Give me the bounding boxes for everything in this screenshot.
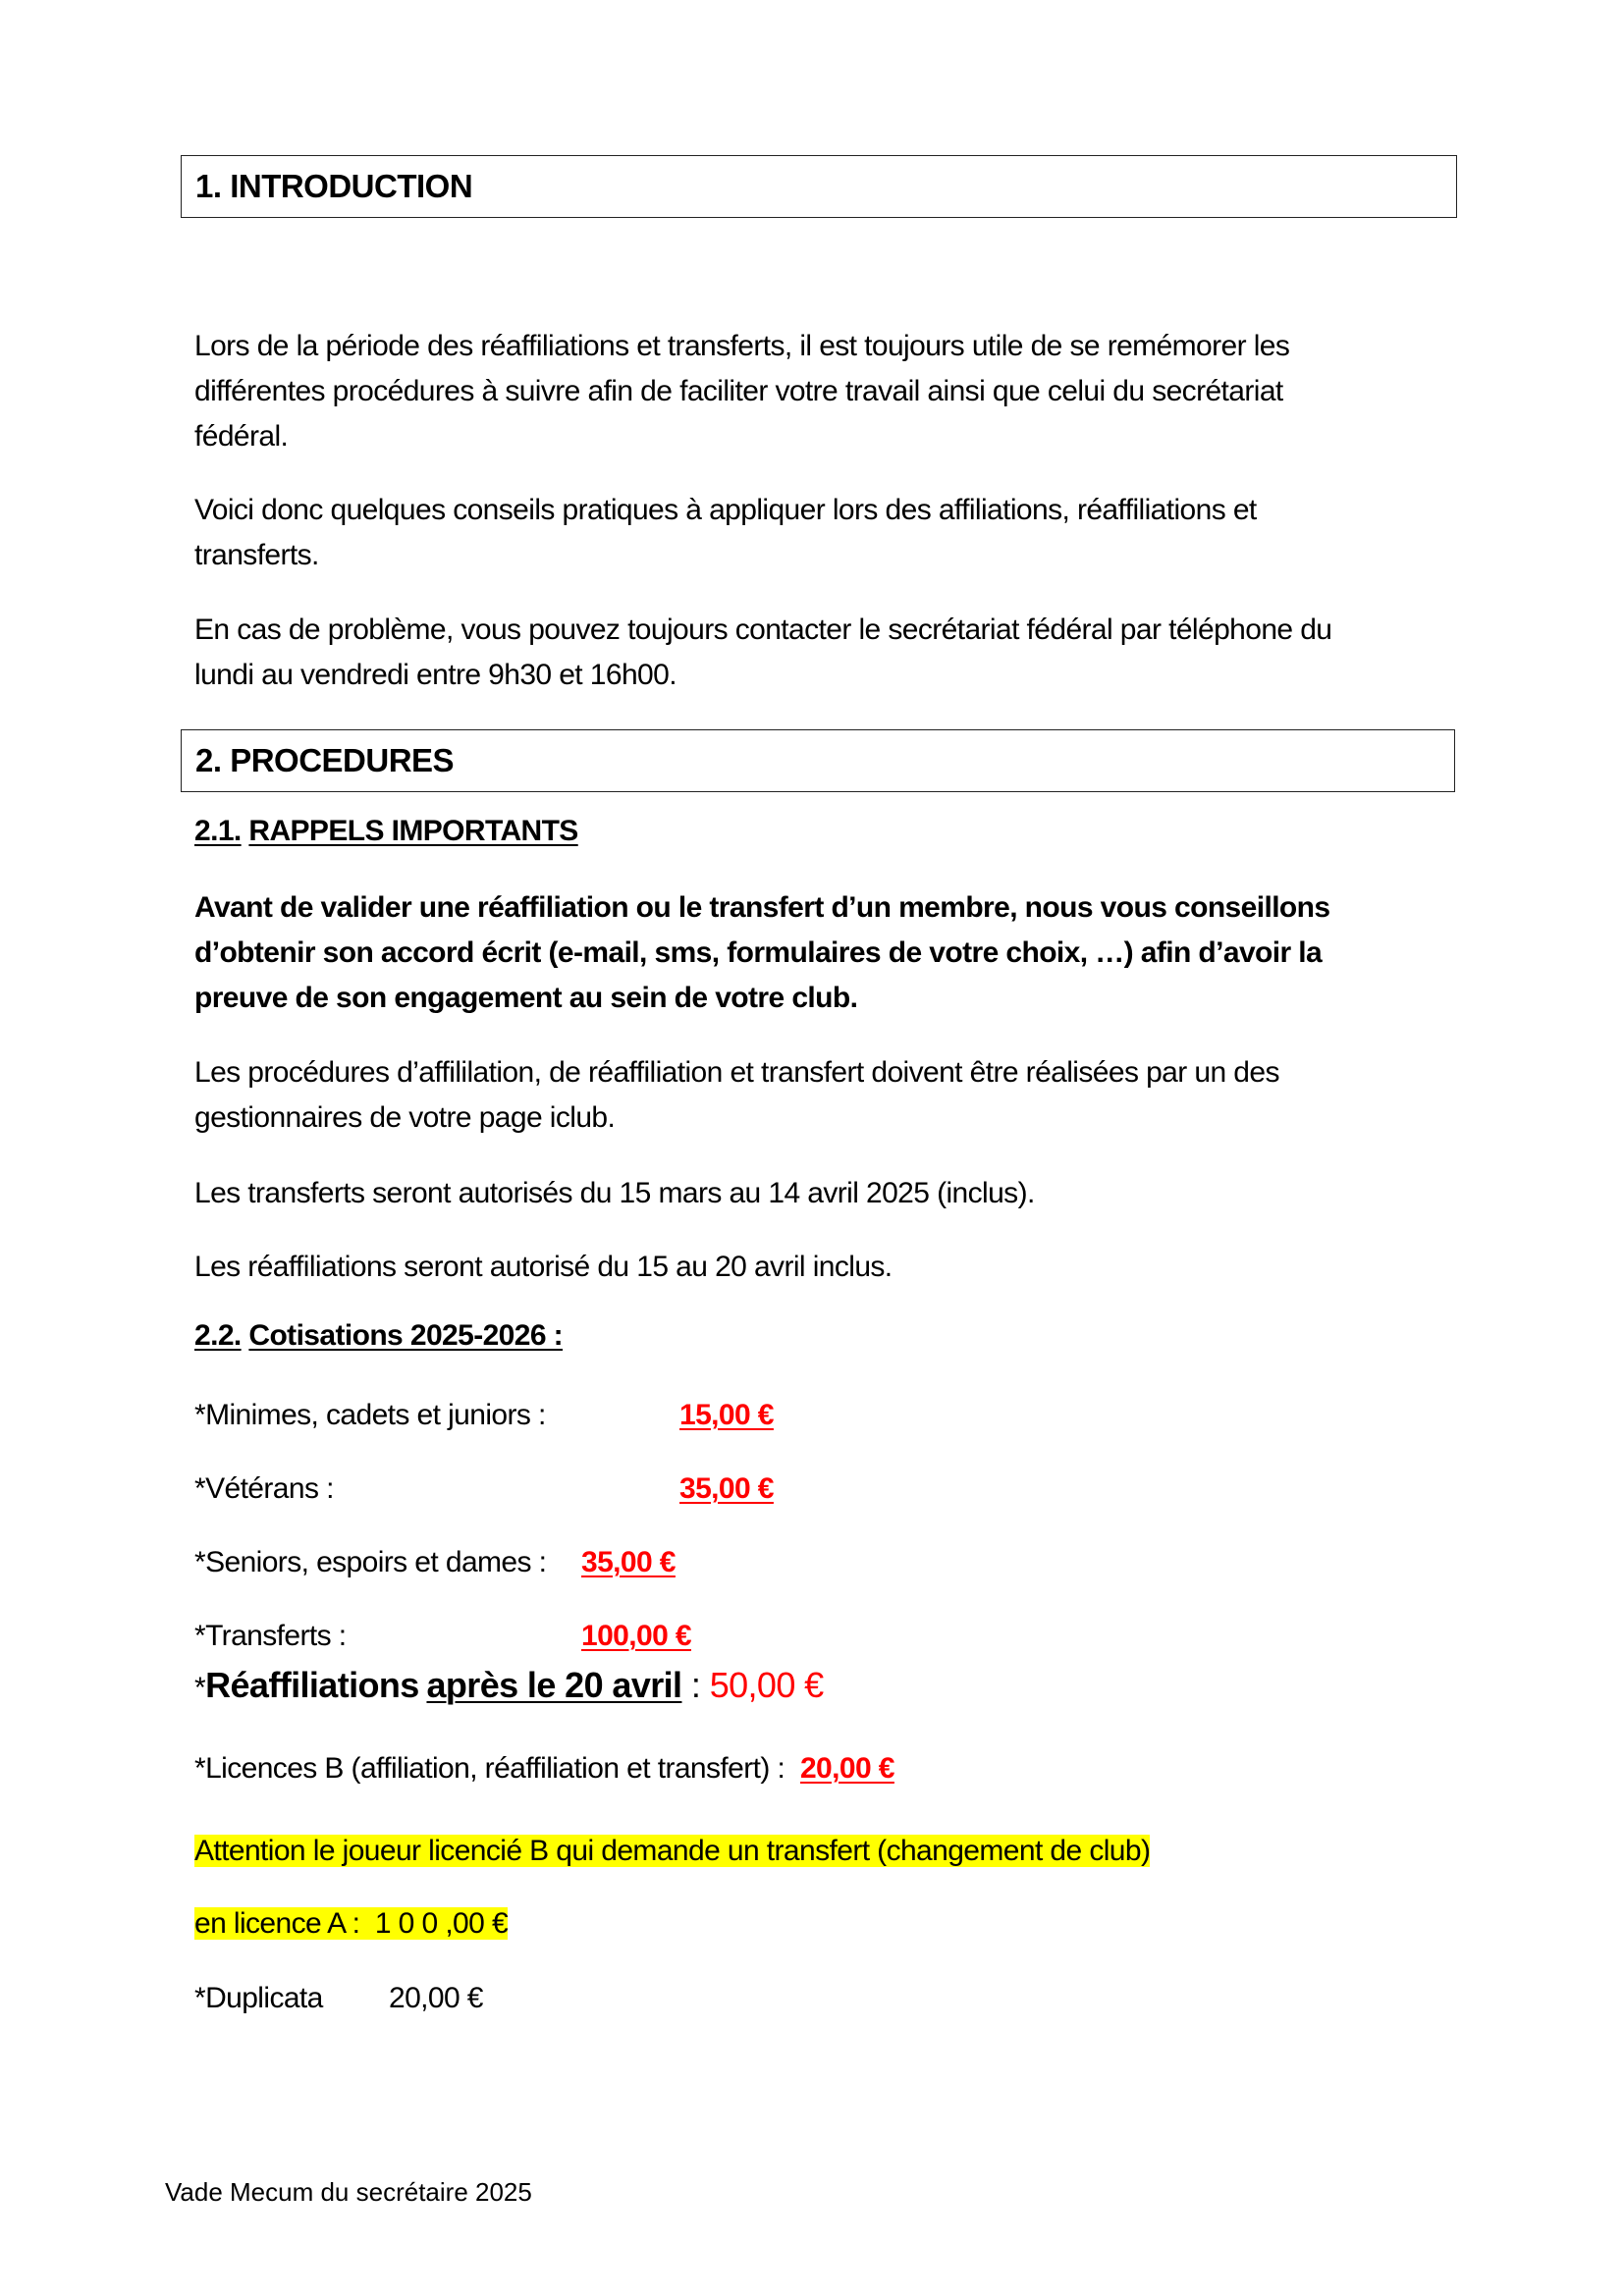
bold-advice-paragraph: Avant de valider une réaffiliation ou le… xyxy=(194,885,1329,1021)
late-reaffiliation-row: *Réaffiliations après le 20 avril : 50,0… xyxy=(194,1661,824,1713)
fee-price: 35,00 € xyxy=(679,1472,774,1505)
procedures-paragraph: Les procédures d’affililation, de réaffi… xyxy=(194,1050,1279,1141)
text-line: Avant de valider une réaffiliation ou le… xyxy=(194,885,1329,931)
text-line: Voici donc quelques conseils pratiques à… xyxy=(194,488,1257,533)
fee-row-transferts: *Transferts : xyxy=(194,1614,346,1659)
highlighted-warning: en licence A : 1 0 0 ,00 € xyxy=(194,1907,508,1940)
text-line: lundi au vendredi entre 9h30 et 16h00. xyxy=(194,653,1331,698)
fee-label: *Licences B (affiliation, réaffiliation … xyxy=(194,1752,785,1785)
late-reaffiliation-label: Réaffiliations xyxy=(205,1665,419,1705)
text-line: Les procédures d’affililation, de réaffi… xyxy=(194,1050,1279,1095)
intro-paragraph-1: Lors de la période des réaffiliations et… xyxy=(194,324,1289,459)
footer-text: Vade Mecum du secrétaire 2025 xyxy=(165,2177,532,2207)
transfer-dates-paragraph: Les transferts seront autorisés du 15 ma… xyxy=(194,1171,1035,1216)
fee-price-veterans: 35,00 € xyxy=(679,1467,774,1512)
section-heading-procedures: 2. PROCEDURES xyxy=(181,729,1455,792)
fee-label: *Duplicata xyxy=(194,1982,323,2014)
subheading-title: Cotisations 2025-2026 : xyxy=(248,1319,563,1352)
fee-row-licence-b: *Licences B (affiliation, réaffiliation … xyxy=(194,1746,894,1791)
fee-row-veterans: *Vétérans : xyxy=(194,1467,334,1512)
fee-row-seniors: *Seniors, espoirs et dames : xyxy=(194,1540,546,1585)
late-reaffiliation-price: 50,00 € xyxy=(710,1665,824,1705)
fee-price: 35,00 € xyxy=(581,1546,676,1578)
subheading-number: 2.1. xyxy=(194,815,242,847)
colon: : xyxy=(681,1665,709,1705)
section-title: 2. PROCEDURES xyxy=(195,742,454,779)
fee-price-transferts: 100,00 € xyxy=(581,1614,691,1659)
highlighted-warning: Attention le joueur licencié B qui deman… xyxy=(194,1835,1150,1867)
text-line: En cas de problème, vous pouvez toujours… xyxy=(194,608,1331,653)
text-line: gestionnaires de votre page iclub. xyxy=(194,1095,1279,1141)
section-heading-introduction: 1. INTRODUCTION xyxy=(181,155,1457,218)
subheading-number: 2.2. xyxy=(194,1319,242,1352)
fee-price-duplicata: 20,00 € xyxy=(389,1976,483,2021)
fee-label: *Minimes, cadets et juniors : xyxy=(194,1399,546,1431)
fee-price: 100,00 € xyxy=(581,1620,691,1652)
fee-label: *Vétérans : xyxy=(194,1472,334,1505)
text-line: d’obtenir son accord écrit (e-mail, sms,… xyxy=(194,931,1329,976)
fee-price: 20,00 € xyxy=(389,1982,483,2014)
fee-price-minimes: 15,00 € xyxy=(679,1393,774,1438)
fee-label: *Seniors, espoirs et dames : xyxy=(194,1546,546,1578)
fee-label: *Transferts : xyxy=(194,1620,346,1652)
fee-row-minimes: *Minimes, cadets et juniors : xyxy=(194,1393,546,1438)
subheading-cotisations: 2.2. Cotisations 2025-2026 : xyxy=(194,1319,563,1353)
fee-price: 15,00 € xyxy=(679,1399,774,1431)
reaffiliation-dates-paragraph: Les réaffiliations seront autorisé du 15… xyxy=(194,1245,893,1290)
late-reaffiliation-date: après le 20 avril xyxy=(426,1665,681,1705)
text-line: différentes procédures à suivre afin de … xyxy=(194,369,1289,414)
intro-paragraph-3: En cas de problème, vous pouvez toujours… xyxy=(194,608,1331,698)
text-line: Lors de la période des réaffiliations et… xyxy=(194,324,1289,369)
fee-price-seniors: 35,00 € xyxy=(581,1540,676,1585)
text-line: Les transferts seront autorisés du 15 ma… xyxy=(194,1171,1035,1216)
text-line: Les réaffiliations seront autorisé du 15… xyxy=(194,1245,893,1290)
text-line: fédéral. xyxy=(194,414,1289,459)
text-line: preuve de son engagement au sein de votr… xyxy=(194,976,1329,1021)
fee-row-duplicata: *Duplicata xyxy=(194,1976,323,2021)
page-footer: Vade Mecum du secrétaire 2025 xyxy=(165,2177,532,2208)
section-title: 1. INTRODUCTION xyxy=(195,168,472,205)
document-page: 1. INTRODUCTION Lors de la période des r… xyxy=(0,0,1624,2296)
warning-line-1: Attention le joueur licencié B qui deman… xyxy=(194,1829,1150,1874)
subheading-rappels-importants: 2.1. RAPPELS IMPORTANTS xyxy=(194,815,578,848)
bullet-star: * xyxy=(194,1672,205,1704)
subheading-title: RAPPELS IMPORTANTS xyxy=(248,815,577,847)
fee-price: 20,00 € xyxy=(800,1752,894,1785)
intro-paragraph-2: Voici donc quelques conseils pratiques à… xyxy=(194,488,1257,578)
warning-line-2: en licence A : 1 0 0 ,00 € xyxy=(194,1901,508,1947)
text-line: transferts. xyxy=(194,533,1257,578)
